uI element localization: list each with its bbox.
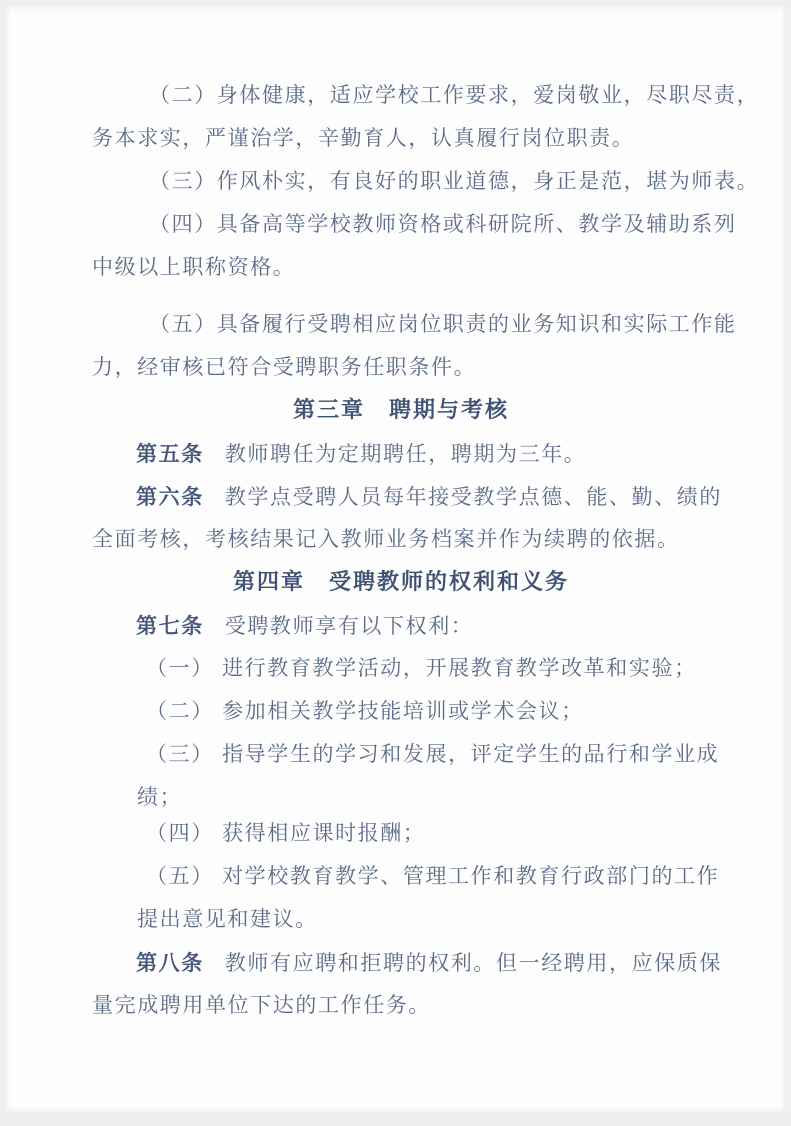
line-text: 第三章 聘期与考核 [293, 397, 509, 423]
line-text: （三） 指导学生的学习和发展，评定学生的品行和学业成 [146, 742, 719, 766]
clause-number: 第八条 [136, 950, 204, 975]
line-text: 中级以上职称资格。 [92, 255, 295, 279]
line-text: 第四章 受聘教师的权利和义务 [233, 569, 569, 595]
line-text: （四） 获得相应课时报酬； [146, 821, 425, 845]
text-line: 务本求实，严谨治学，辛勤育人，认真履行岗位职责。 [92, 117, 710, 160]
text-line: 第七条受聘教师享有以下权利： [92, 604, 710, 647]
text-line: 第六条教学点受聘人员每年接受教学点德、能、勤、绩的 [92, 475, 710, 518]
line-text: 务本求实，严谨治学，辛勤育人，认真履行岗位职责。 [92, 126, 634, 150]
text-line: 全面考核，考核结果记入教师业务档案并作为续聘的依据。 [92, 518, 710, 561]
line-text: 教师有应聘和拒聘的权利。但一经聘用，应保质保 [225, 951, 722, 975]
clause-number: 第五条 [136, 441, 204, 466]
text-line: 中级以上职称资格。 [92, 246, 710, 289]
text-line: 力，经审核已符合受聘职务任职条件。 [92, 346, 710, 389]
text-line: （一） 进行教育教学活动，开展教育教学改革和实验； [92, 647, 710, 690]
text-line: （四） 获得相应课时报酬； [92, 812, 710, 855]
text-line: （五） 对学校教育教学、管理工作和教育行政部门的工作 [92, 855, 710, 898]
text-line: 提出意见和建议。 [92, 898, 710, 941]
line-text: 全面考核，考核结果记入教师业务档案并作为续聘的依据。 [92, 527, 680, 551]
line-text: （五） 对学校教育教学、管理工作和教育行政部门的工作 [146, 864, 719, 888]
line-text: （二）身体健康，适应学校工作要求，爱岗敬业，尽职尽责， [149, 83, 759, 107]
text-line: （三） 指导学生的学习和发展，评定学生的品行和学业成 [92, 733, 710, 776]
text-line: （二） 参加相关教学技能培训或学术会议； [92, 690, 710, 733]
clause-number: 第七条 [136, 613, 204, 638]
text-line: 第八条教师有应聘和拒聘的权利。但一经聘用，应保质保 [92, 941, 710, 984]
line-text: （三）作风朴实，有良好的职业道德，身正是范，堪为师表。 [149, 169, 759, 193]
text-line: 第五条教师聘任为定期聘任，聘期为三年。 [92, 432, 710, 475]
text-line: （三）作风朴实，有良好的职业道德，身正是范，堪为师表。 [92, 160, 710, 203]
line-text: 绩； [137, 785, 182, 809]
chapter-heading: 第四章 受聘教师的权利和义务 [92, 561, 710, 604]
text-line: （四）具备高等学校教师资格或科研院所、教学及辅助系列 [92, 203, 710, 246]
line-text: （一） 进行教育教学活动，开展教育教学改革和实验； [146, 656, 697, 680]
document-text-block: （二）身体健康，适应学校工作要求，爱岗敬业，尽职尽责，务本求实，严谨治学，辛勤育… [92, 74, 710, 1027]
line-text: （五）具备履行受聘相应岗位职责的业务知识和实际工作能 [149, 312, 737, 336]
text-line: （二）身体健康，适应学校工作要求，爱岗敬业，尽职尽责， [92, 74, 710, 117]
line-text: 受聘教师享有以下权利： [225, 614, 474, 638]
line-text: 教学点受聘人员每年接受教学点德、能、勤、绩的 [225, 485, 722, 509]
line-text: 力，经审核已符合受聘职务任职条件。 [92, 355, 476, 379]
text-line: 量完成聘用单位下达的工作任务。 [92, 984, 710, 1027]
line-text: 提出意见和建议。 [137, 907, 318, 931]
clause-number: 第六条 [136, 484, 204, 509]
text-line: （五）具备履行受聘相应岗位职责的业务知识和实际工作能 [92, 303, 710, 346]
chapter-heading: 第三章 聘期与考核 [92, 389, 710, 432]
line-text: （二） 参加相关教学技能培训或学术会议； [146, 699, 584, 723]
document-page: （二）身体健康，适应学校工作要求，爱岗敬业，尽职尽责，务本求实，严谨治学，辛勤育… [6, 5, 785, 1112]
line-text: 量完成聘用单位下达的工作任务。 [92, 993, 431, 1017]
line-text: （四）具备高等学校教师资格或科研院所、教学及辅助系列 [149, 212, 737, 236]
line-text: 教师聘任为定期聘任，聘期为三年。 [225, 442, 587, 466]
